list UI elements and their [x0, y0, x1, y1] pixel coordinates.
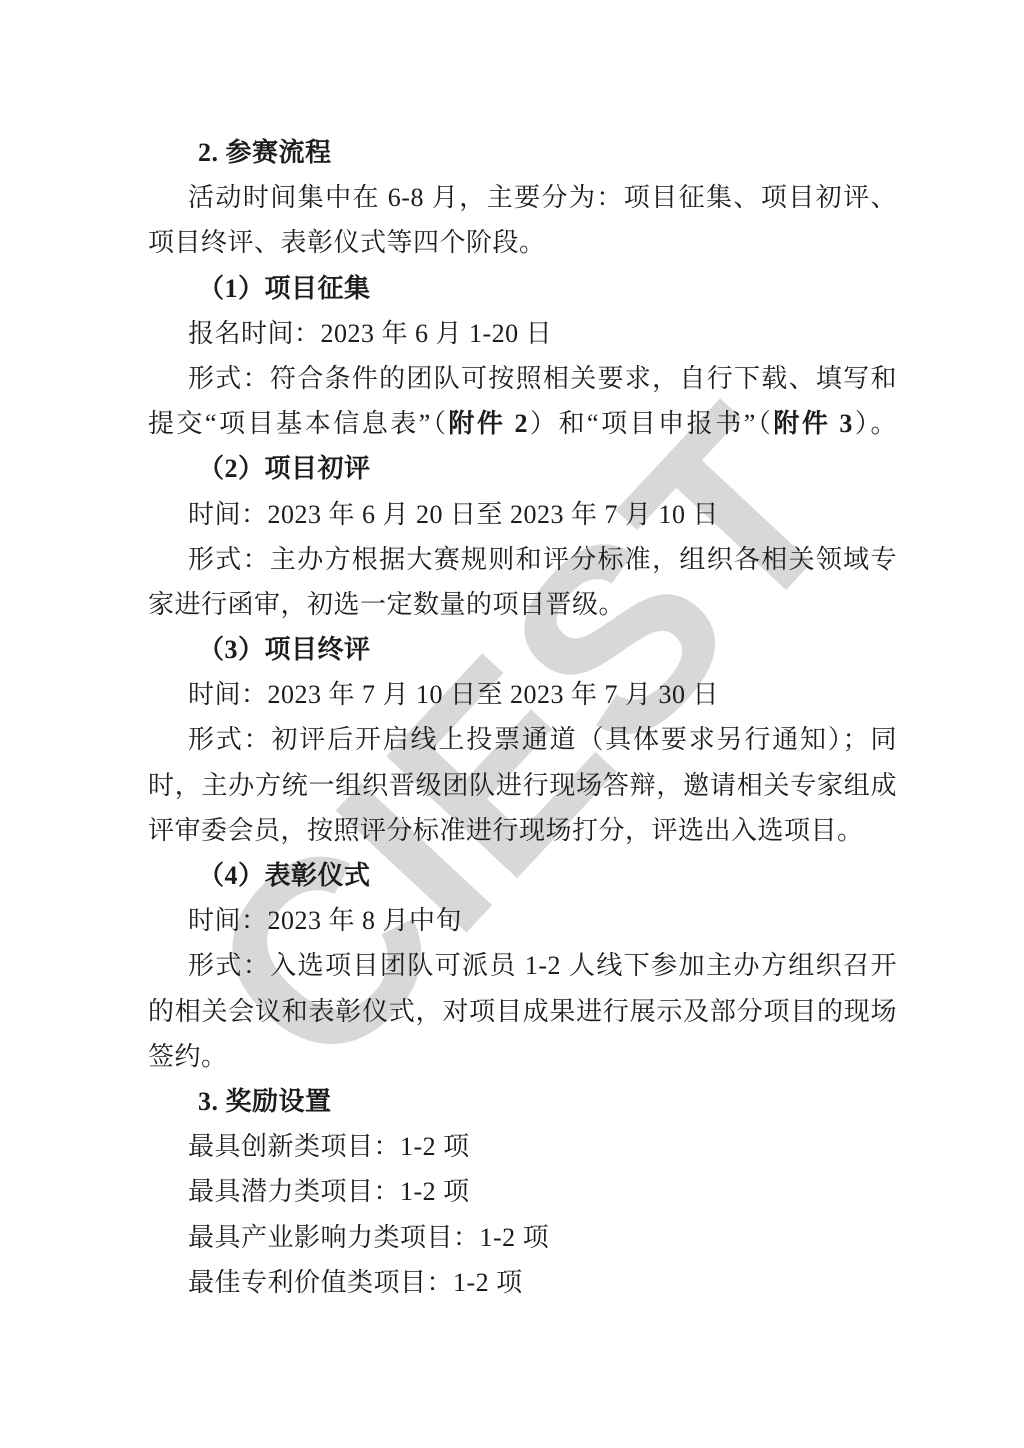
paragraph-line: 最佳专利价值类项目：1-2 项 — [148, 1260, 897, 1305]
text-run: 形式：初评后开启线上投票通道（具体要求另行通知）；同 — [188, 725, 897, 754]
paragraph-line: 时，主办方统一组织晋级团队进行现场答辩，邀请相关专家组成 — [148, 763, 897, 808]
text-run: 家进行函审，初选一定数量的项目晋级。 — [148, 590, 625, 619]
text-run: ）。 — [853, 409, 897, 438]
section-heading: 2. 参赛流程 — [148, 130, 897, 175]
paragraph-line: 形式：符合条件的团队可按照相关要求，自行下载、填写和 — [148, 356, 897, 401]
paragraph-line: 最具潜力类项目：1-2 项 — [148, 1169, 897, 1214]
section-heading: （1）项目征集 — [148, 266, 897, 311]
text-run: 活动时间集中在 6-8 月，主要分为：项目征集、项目初评、 — [188, 183, 897, 212]
paragraph-line: 家进行函审，初选一定数量的项目晋级。 — [148, 582, 897, 627]
text-run: 形式：主办方根据大赛规则和评分标准，组织各相关领域专 — [188, 545, 897, 574]
bold-text-run: （4）表彰仪式 — [198, 861, 371, 890]
section-heading: （2）项目初评 — [148, 446, 897, 491]
section-heading: 3. 奖励设置 — [148, 1079, 897, 1124]
text-run: 的相关会议和表彰仪式，对项目成果进行展示及部分项目的现场 — [148, 997, 897, 1026]
paragraph-line: 形式：初评后开启线上投票通道（具体要求另行通知）；同 — [148, 717, 897, 762]
text-run: 时，主办方统一组织晋级团队进行现场答辩，邀请相关专家组成 — [148, 771, 897, 800]
paragraph-line: 签约。 — [148, 1034, 897, 1079]
text-run: 时间：2023 年 6 月 20 日至 2023 年 7 月 10 日 — [188, 500, 719, 529]
paragraph-line: 时间：2023 年 6 月 20 日至 2023 年 7 月 10 日 — [148, 492, 897, 537]
text-run: 形式：入选项目团队可派员 1-2 人线下参加主办方组织召开 — [188, 951, 897, 980]
section-heading: （4）表彰仪式 — [148, 853, 897, 898]
bold-text-run: （1）项目征集 — [198, 274, 371, 303]
bold-text-run: 附件 3 — [773, 409, 853, 438]
text-run: 时间：2023 年 8 月中旬 — [188, 906, 462, 935]
paragraph-line: 形式：主办方根据大赛规则和评分标准，组织各相关领域专 — [148, 537, 897, 582]
bold-text-run: （2）项目初评 — [198, 454, 371, 483]
paragraph-line: 形式：入选项目团队可派员 1-2 人线下参加主办方组织召开 — [148, 943, 897, 988]
paragraph-line: 项目终评、表彰仪式等四个阶段。 — [148, 220, 897, 265]
text-run: 形式：符合条件的团队可按照相关要求，自行下载、填写和 — [188, 364, 897, 393]
text-run: 最具创新类项目：1-2 项 — [188, 1132, 470, 1161]
text-run: 评审委会员，按照评分标准进行现场打分，评选出入选项目。 — [148, 816, 864, 845]
text-run: ）和“项目申报书”（ — [528, 409, 773, 438]
paragraph-line: 的相关会议和表彰仪式，对项目成果进行展示及部分项目的现场 — [148, 989, 897, 1034]
bold-text-run: 2. 参赛流程 — [198, 138, 332, 167]
document-page: CIEST 2. 参赛流程活动时间集中在 6-8 月，主要分为：项目征集、项目初… — [0, 0, 1024, 1448]
paragraph-line: 时间：2023 年 7 月 10 日至 2023 年 7 月 30 日 — [148, 672, 897, 717]
text-run: 最佳专利价值类项目：1-2 项 — [188, 1268, 523, 1297]
bold-text-run: 3. 奖励设置 — [198, 1087, 332, 1116]
text-run: 项目终评、表彰仪式等四个阶段。 — [148, 228, 546, 257]
paragraph-line: 评审委会员，按照评分标准进行现场打分，评选出入选项目。 — [148, 808, 897, 853]
text-run: 签约。 — [148, 1042, 228, 1071]
text-run: 最具产业影响力类项目：1-2 项 — [188, 1223, 549, 1252]
document-content: 2. 参赛流程活动时间集中在 6-8 月，主要分为：项目征集、项目初评、项目终评… — [148, 130, 897, 1305]
paragraph-line: 最具创新类项目：1-2 项 — [148, 1124, 897, 1169]
bold-text-run: 附件 2 — [448, 409, 528, 438]
text-run: 最具潜力类项目：1-2 项 — [188, 1177, 470, 1206]
text-run: 报名时间：2023 年 6 月 1-20 日 — [188, 319, 552, 348]
paragraph-line: 最具产业影响力类项目：1-2 项 — [148, 1215, 897, 1260]
paragraph-line: 提交“项目基本信息表”（附件 2）和“项目申报书”（附件 3）。 — [148, 401, 897, 446]
text-run: 提交“项目基本信息表”（ — [148, 409, 448, 438]
bold-text-run: （3）项目终评 — [198, 635, 371, 664]
text-run: 时间：2023 年 7 月 10 日至 2023 年 7 月 30 日 — [188, 680, 719, 709]
paragraph-line: 活动时间集中在 6-8 月，主要分为：项目征集、项目初评、 — [148, 175, 897, 220]
paragraph-line: 报名时间：2023 年 6 月 1-20 日 — [148, 311, 897, 356]
section-heading: （3）项目终评 — [148, 627, 897, 672]
paragraph-line: 时间：2023 年 8 月中旬 — [148, 898, 897, 943]
